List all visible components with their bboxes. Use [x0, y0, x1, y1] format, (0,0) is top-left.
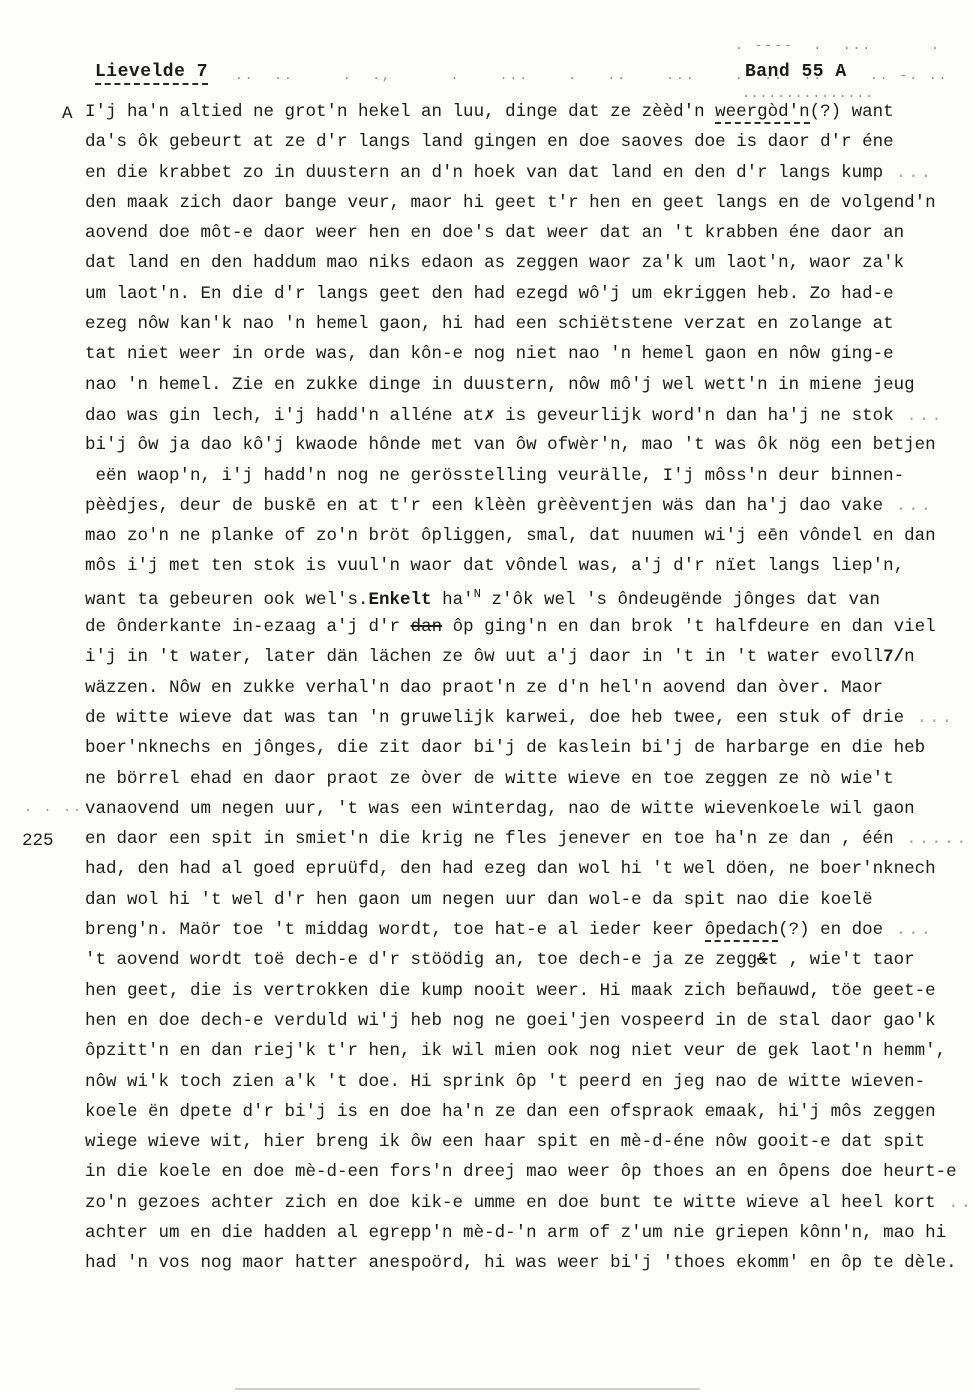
text-segment: en die krabbet zo in duustern an d'n hoe…	[85, 163, 883, 183]
text-segment: tat niet weer in orde was, dan kôn-e nog…	[85, 344, 894, 364]
typewriter-marks-under-band: ...............	[742, 86, 874, 101]
text-line: wäzzen. Nôw en zukke verhal'n dao praot'…	[85, 678, 965, 708]
text-line: nôw wi'k toch zien a'k 't doe. Hi sprink…	[85, 1072, 965, 1102]
text-line: tat niet weer in orde was, dan kôn-e nog…	[85, 344, 965, 374]
text-segment: koele ën dpete d'r bi'j is en doe ha'n z…	[85, 1102, 936, 1122]
text-line: i'j in 't water, later dän lächen ze ôw …	[85, 647, 965, 677]
text-segment: ...	[883, 920, 933, 940]
text-line: de ônderkante in-ezaag a'j d'r dan ôp gi…	[85, 617, 965, 647]
text-line: had 'n vos nog maor hatter anespoörd, hi…	[85, 1253, 965, 1283]
text-line: dan wol hi 't wel d'r hen gaon um negen …	[85, 890, 965, 920]
text-line: môs i'j met ten stok is vuul'n waor dat …	[85, 556, 965, 586]
text-segment: um laot'n. En die d'r langs geet den had…	[85, 284, 894, 304]
underlined-word: weergòd'n	[715, 102, 810, 124]
text-line: den maak zich daor bange veur, maor hi g…	[85, 193, 965, 223]
text-segment: had, den had al goed epruüfd, den had ez…	[85, 859, 936, 879]
text-segment: en daor een spit in smiet'n die krig ne …	[85, 829, 894, 849]
page-bottom-rule	[235, 1388, 700, 1390]
text-segment: ezeg nôw kan'k nao 'n hemel gaon, hi had…	[85, 314, 894, 334]
text-line: I'j ha'n altied ne grot'n hekel an luu, …	[85, 102, 965, 132]
text-segment: zo'n gezoes achter zich en doe kik-e umm…	[85, 1193, 936, 1213]
text-segment: in die koele en doe mè-d-een fors'n dree…	[85, 1162, 957, 1182]
text-line: in die koele en doe mè-d-een fors'n dree…	[85, 1162, 965, 1192]
text-segment: (?) want	[810, 102, 894, 122]
text-segment: ...	[894, 406, 944, 426]
text-segment: i'j in 't water, later dän lächen ze ôw …	[85, 647, 883, 667]
text-segment: &	[757, 950, 768, 970]
text-segment: ...	[883, 496, 933, 516]
page-title: Lievelde 7	[95, 62, 208, 85]
text-line: hen en doe dech-e verduld wi'j heb nog n…	[85, 1011, 965, 1041]
text-segment: n	[904, 647, 915, 667]
text-segment: N	[474, 587, 481, 601]
text-segment: I'j ha'n altied ne grot'n hekel an luu, …	[85, 102, 715, 122]
text-segment: boer'nknechs en jônges, die zit daor bi'…	[85, 738, 925, 758]
speaker-label: A	[62, 104, 73, 124]
text-segment: t , wie't taor	[768, 950, 915, 970]
text-segment: wäzzen. Nôw en zukke verhal'n dao praot'…	[85, 678, 883, 698]
text-segment: aovend doe môt-e daor weer hen en doe's …	[85, 223, 904, 243]
text-segment: ne börrel ehad en daor praot ze òver de …	[85, 769, 894, 789]
text-segment: da's ôk gebeurt at ze d'r langs land gin…	[85, 132, 894, 152]
text-segment: dan	[411, 617, 443, 637]
text-line: ôpzitt'n en dan riej'k t'r hen, ik wil m…	[85, 1041, 965, 1071]
text-segment: 7/	[883, 647, 904, 667]
text-segment: dao was gin lech, i'j hadd'n alléne at	[85, 406, 484, 426]
text-line: ezeg nôw kan'k nao 'n hemel gaon, hi had…	[85, 314, 965, 344]
text-line: koele ën dpete d'r bi'j is en doe ha'n z…	[85, 1102, 965, 1132]
text-line: boer'nknechs en jônges, die zit daor bi'…	[85, 738, 965, 768]
text-line: um laot'n. En die d'r langs geet den had…	[85, 284, 965, 314]
text-segment: ha'	[432, 590, 474, 610]
text-segment: ..	[936, 1193, 973, 1213]
text-segment: ...	[883, 163, 933, 183]
text-line: 't aovend wordt toë dech-e d'r stöödig a…	[85, 950, 965, 980]
text-line: achter um en die hadden al egrepp'n mè-d…	[85, 1223, 965, 1253]
text-segment: ôp ging'n en dan brok 't halfdeure en da…	[442, 617, 936, 637]
text-segment: Enkelt	[369, 590, 432, 610]
text-segment: nao 'n hemel. Zie en zukke dinge in duus…	[85, 375, 915, 395]
transcript-lines: I'j ha'n altied ne grot'n hekel an luu, …	[85, 102, 965, 1284]
margin-line-number: 225	[22, 831, 54, 851]
underlined-word: ôpedach	[705, 920, 779, 942]
text-segment: .....	[894, 829, 969, 849]
text-segment: is geveurlijk word'n dan ha'j ne stok	[495, 406, 894, 426]
text-line: hen geet, die is vertrokken die kump noo…	[85, 981, 965, 1011]
text-line: zo'n gezoes achter zich en doe kik-e umm…	[85, 1193, 965, 1223]
text-segment: hen en doe dech-e verduld wi'j heb nog n…	[85, 1011, 936, 1031]
text-segment: achter um en die hadden al egrepp'n mè-d…	[85, 1223, 946, 1243]
text-line: dao was gin lech, i'j hadd'n alléne at✗ …	[85, 405, 965, 435]
typewriter-marks-middle: .. .. . ., . ... . .. ... . .. ..	[235, 68, 823, 83]
text-line: ne börrel ehad en daor praot ze òver de …	[85, 769, 965, 799]
text-segment: ôpzitt'n en dan riej'k t'r hen, ik wil m…	[85, 1041, 946, 1061]
text-line: vanaovend um negen uur, 't was een winte…	[85, 799, 965, 829]
document-page: . ---- . ... . Lievelde 7 .. .. . ., . .…	[0, 0, 973, 1393]
text-line: en die krabbet zo in duustern an d'n hoe…	[85, 163, 965, 193]
text-line: bi'j ôw ja dao kô'j kwaode hônde met van…	[85, 435, 965, 465]
text-line: dat land en den haddum mao niks edaon as…	[85, 253, 965, 283]
text-line: had, den had al goed epruüfd, den had ez…	[85, 859, 965, 889]
text-line: pèèdjes, deur de buskē en at t'r een klè…	[85, 496, 965, 526]
text-segment: mao zo'n ne planke of zo'n bröt ôpliggen…	[85, 526, 936, 546]
text-segment: breng'n. Maör toe 't middag wordt, toe h…	[85, 920, 705, 940]
text-segment: had 'n vos nog maor hatter anespoörd, hi…	[85, 1253, 957, 1273]
text-line: aovend doe môt-e daor weer hen en doe's …	[85, 223, 965, 253]
text-line: nao 'n hemel. Zie en zukke dinge in duus…	[85, 375, 965, 405]
text-segment: vanaovend um negen uur, 't was een winte…	[85, 799, 915, 819]
typewriter-marks-right: .. -. ..	[870, 68, 948, 83]
typewriter-marks-top: . ---- . ... .	[735, 38, 941, 53]
text-line: mao zo'n ne planke of zo'n bröt ôpliggen…	[85, 526, 965, 556]
text-segment: dat land en den haddum mao niks edaon as…	[85, 253, 904, 273]
text-line: eën waop'n, i'j hadd'n nog ne gerösstell…	[85, 466, 965, 496]
text-segment: ...	[904, 708, 954, 728]
text-segment: de ônderkante in-ezaag a'j d'r	[85, 617, 411, 637]
text-segment: den maak zich daor bange veur, maor hi g…	[85, 193, 936, 213]
text-segment: bi'j ôw ja dao kô'j kwaode hônde met van…	[85, 435, 936, 455]
text-line: da's ôk gebeurt at ze d'r langs land gin…	[85, 132, 965, 162]
margin-dots: . . ..	[24, 800, 83, 815]
text-line: en daor een spit in smiet'n die krig ne …	[85, 829, 965, 859]
text-segment: z'ôk wel 's ôndeugënde jônges dat van	[481, 590, 880, 610]
text-segment: dan wol hi 't wel d'r hen gaon um negen …	[85, 890, 873, 910]
text-segment: ✗	[484, 406, 495, 426]
text-segment: pèèdjes, deur de buskē en at t'r een klè…	[85, 496, 883, 516]
band-label: Band 55 A	[745, 62, 847, 82]
text-segment: eën waop'n, i'j hadd'n nog ne gerösstell…	[85, 466, 904, 486]
text-segment: 't aovend wordt toë dech-e d'r stöödig a…	[85, 950, 757, 970]
text-line: wiege wieve wit, hier breng ik ôw een ha…	[85, 1132, 965, 1162]
text-segment: de witte wieve dat was tan 'n gruwelijk …	[85, 708, 904, 728]
text-segment: môs i'j met ten stok is vuul'n waor dat …	[85, 556, 904, 576]
text-line: breng'n. Maör toe 't middag wordt, toe h…	[85, 920, 965, 950]
text-segment: (?) en doe	[778, 920, 883, 940]
text-segment: wiege wieve wit, hier breng ik ôw een ha…	[85, 1132, 925, 1152]
text-segment: want ta gebeuren ook wel's.	[85, 590, 369, 610]
text-line: want ta gebeuren ook wel's.Enkelt ha'N z…	[85, 587, 965, 617]
text-segment: nôw wi'k toch zien a'k 't doe. Hi sprink…	[85, 1072, 925, 1092]
text-line: de witte wieve dat was tan 'n gruwelijk …	[85, 708, 965, 738]
text-segment: hen geet, die is vertrokken die kump noo…	[85, 981, 936, 1001]
